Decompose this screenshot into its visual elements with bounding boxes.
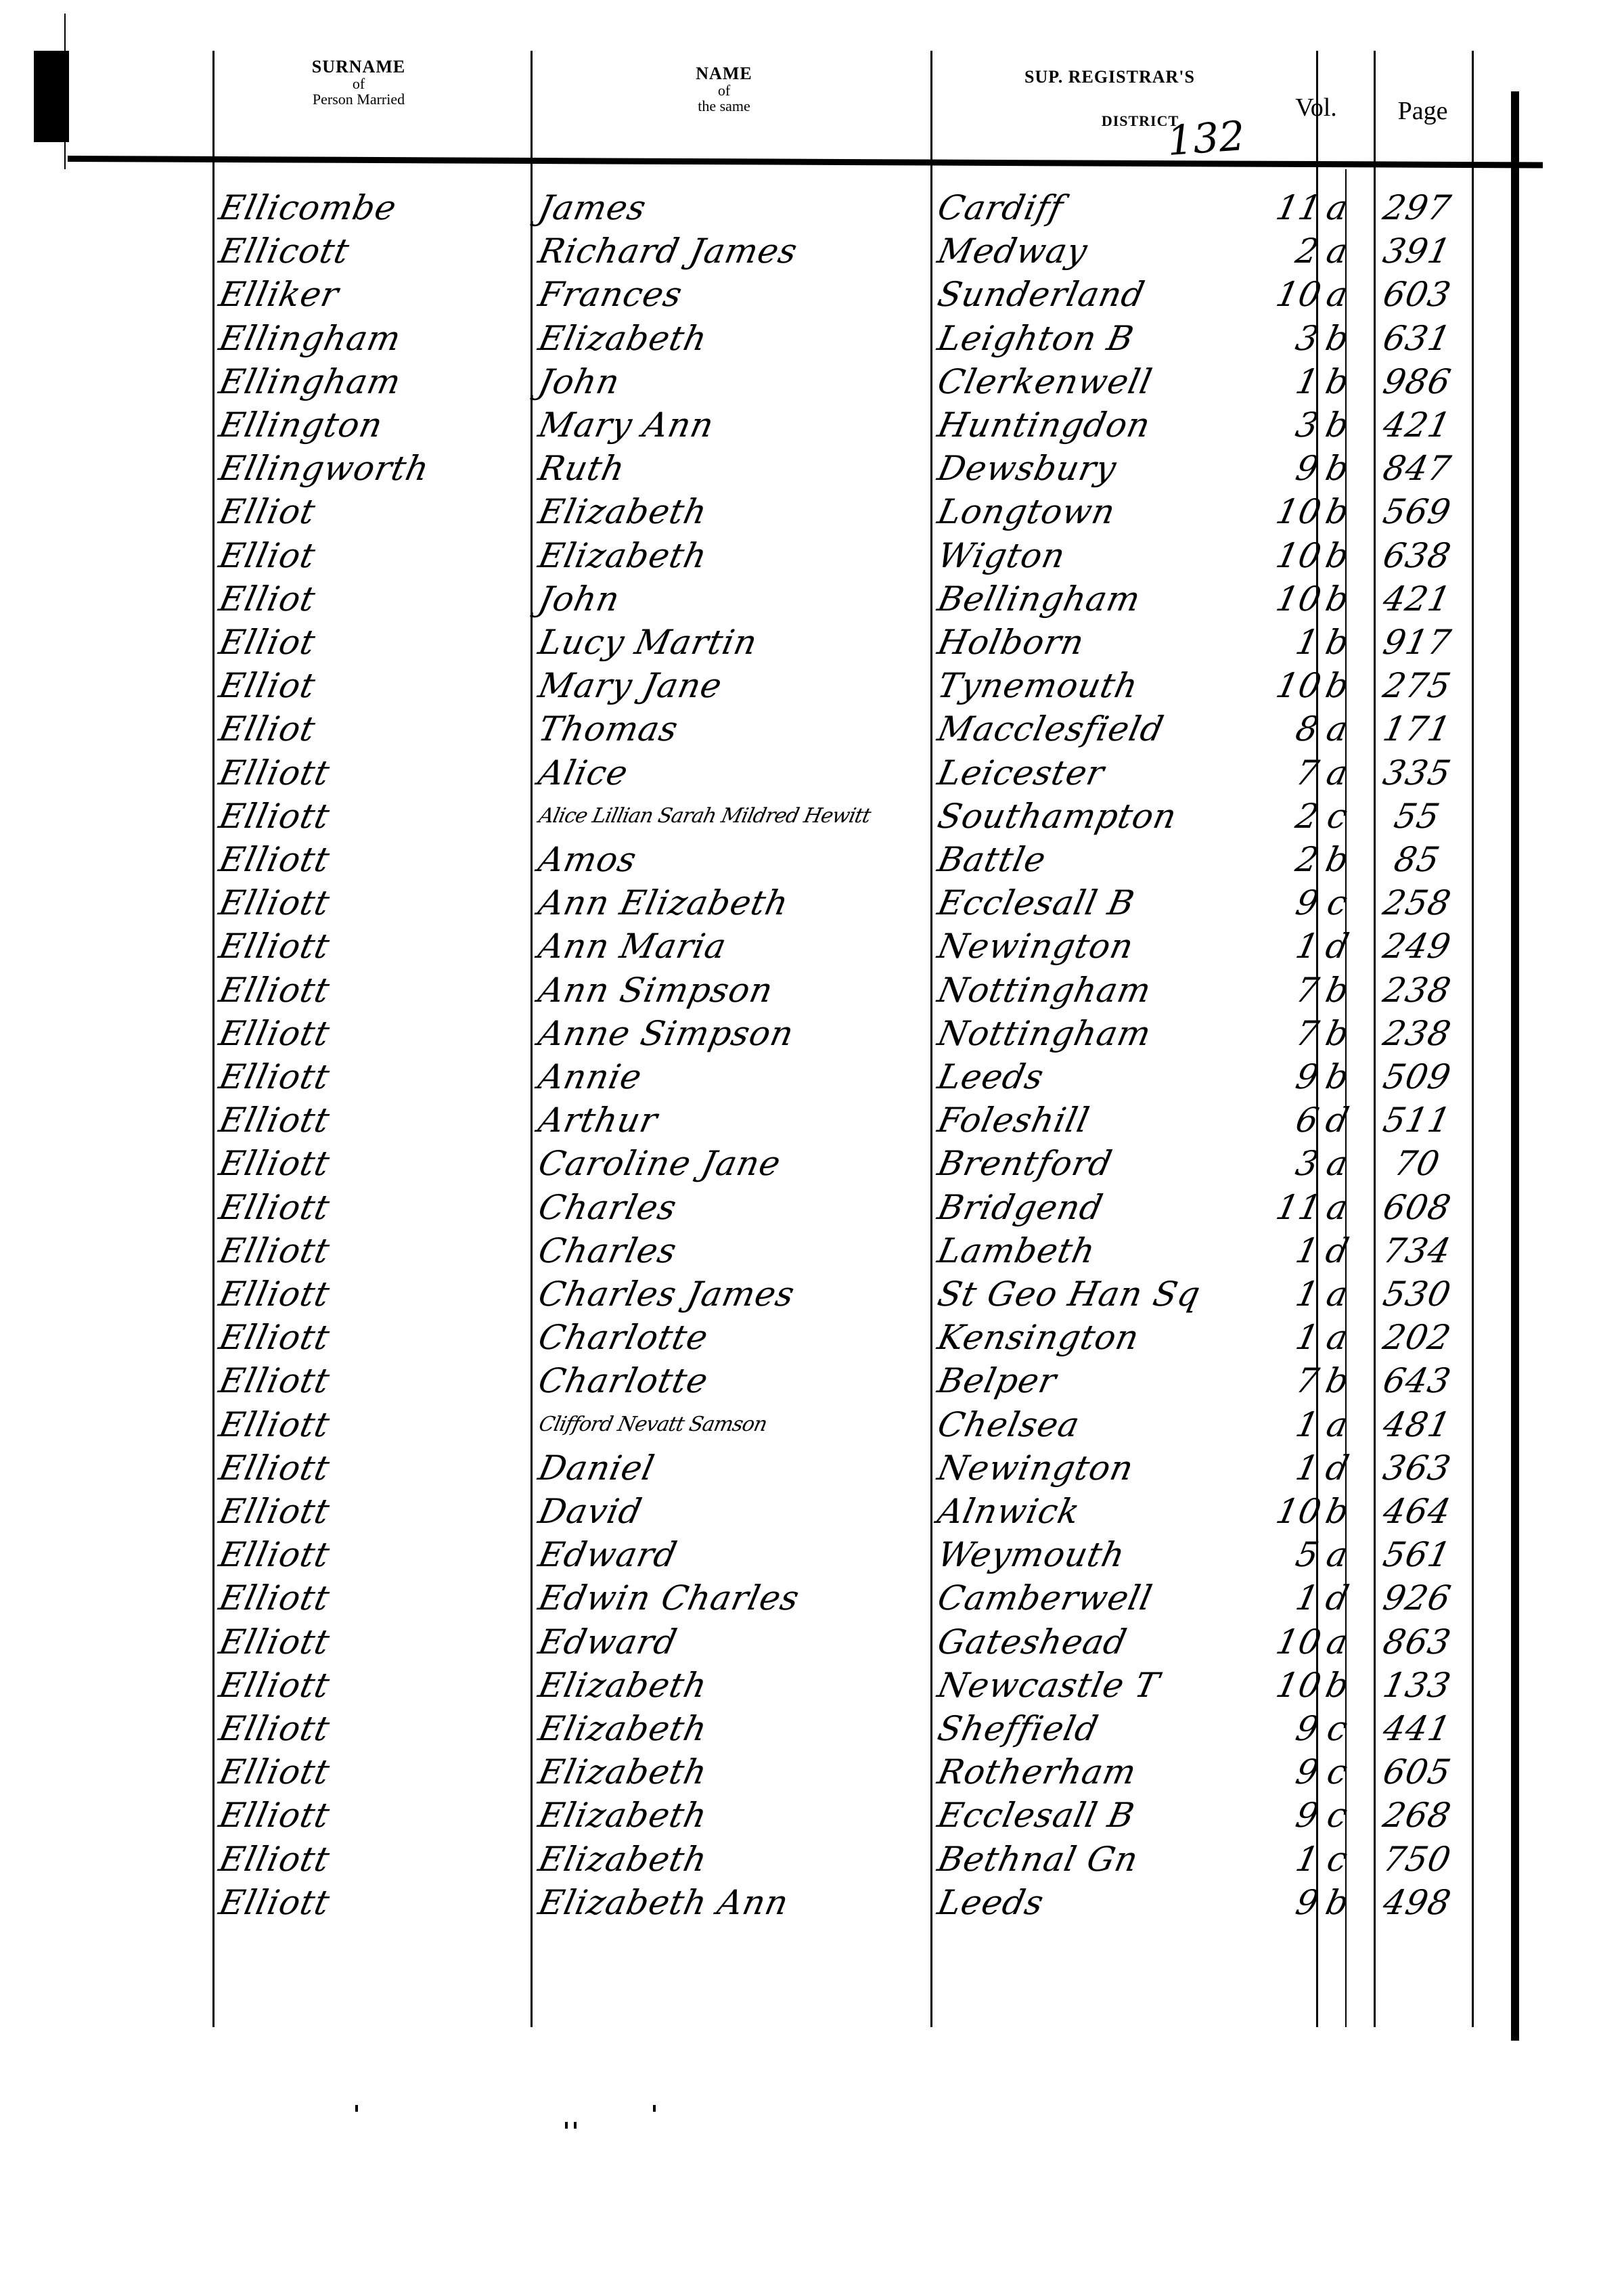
surname-cell: Elliot	[215, 621, 536, 664]
volume-letter-cell: c	[1319, 881, 1356, 925]
volume-cell: 1	[1272, 1229, 1324, 1272]
volume-cell: 11	[1272, 1186, 1324, 1229]
surname-cell: Elliott	[215, 1142, 536, 1185]
volume-cell: 2	[1272, 795, 1324, 838]
forename-cell: Richard James	[535, 229, 937, 273]
district-cell: Chelsea	[934, 1403, 1322, 1446]
page-cell: 509	[1353, 1055, 1481, 1099]
register-row: Elliott David Alnwick 10 b 464	[0, 1490, 1624, 1533]
page-cell: 464	[1353, 1490, 1481, 1533]
header-name-line2: of	[636, 83, 812, 98]
volume-letter-cell: b	[1319, 1359, 1356, 1402]
register-row: Elliott Daniel Newington 1 d 363	[0, 1446, 1624, 1490]
volume-letter-cell: a	[1319, 1316, 1356, 1359]
forename-cell: Lucy Martin	[535, 621, 937, 664]
register-row: Elliot Thomas Macclesfield 8 a 171	[0, 707, 1624, 751]
surname-cell: Ellingworth	[215, 447, 536, 490]
forename-cell: Thomas	[535, 707, 937, 751]
volume-cell: 1	[1272, 1272, 1324, 1316]
district-cell: Leicester	[934, 751, 1322, 795]
register-row: Ellicombe James Cardiff 11 a 297	[0, 186, 1624, 229]
district-cell: Lambeth	[934, 1229, 1322, 1272]
forename-cell: Elizabeth Ann	[535, 1881, 937, 1924]
surname-cell: Elliott	[215, 1012, 536, 1055]
surname-cell: Elliott	[215, 1446, 536, 1490]
district-cell: Bellingham	[934, 577, 1322, 621]
page-cell: 258	[1353, 881, 1481, 925]
volume-cell: 10	[1272, 490, 1324, 533]
register-row: Ellicott Richard James Medway 2 a 391	[0, 229, 1624, 273]
forename-cell: Mary Ann	[535, 403, 937, 447]
forename-cell: Elizabeth	[535, 1707, 937, 1750]
district-cell: St Geo Han Sq	[934, 1272, 1322, 1316]
page-cell: 421	[1353, 403, 1481, 447]
forename-cell: Elizabeth	[535, 1838, 937, 1881]
volume-letter-cell: b	[1319, 838, 1356, 881]
register-row: Ellingworth Ruth Dewsbury 9 b 847	[0, 447, 1624, 490]
page-cell: 603	[1353, 273, 1481, 316]
volume-cell: 7	[1272, 1012, 1324, 1055]
volume-cell: 3	[1272, 403, 1324, 447]
surname-cell: Elliott	[215, 1881, 536, 1924]
header-surname-line1: SURNAME	[257, 58, 460, 76]
forename-cell: Elizabeth	[535, 490, 937, 533]
register-row: Elliott Alice Leicester 7 a 335	[0, 751, 1624, 795]
volume-letter-cell: b	[1319, 360, 1356, 403]
district-cell: Huntingdon	[934, 403, 1322, 447]
volume-cell: 7	[1272, 751, 1324, 795]
ink-speck	[574, 2122, 577, 2129]
surname-cell: Ellingham	[215, 360, 536, 403]
register-row: Elliott Alice Lillian Sarah Mildred Hewi…	[0, 795, 1624, 838]
volume-letter-cell: b	[1319, 490, 1356, 533]
volume-cell: 8	[1272, 707, 1324, 751]
district-cell: Bridgend	[934, 1186, 1322, 1229]
surname-cell: Elliott	[215, 838, 536, 881]
ink-speck	[355, 2105, 358, 2112]
district-cell: Weymouth	[934, 1533, 1322, 1576]
district-cell: Ecclesall B	[934, 1794, 1322, 1837]
volume-cell: 9	[1272, 1055, 1324, 1099]
surname-cell: Ellicott	[215, 229, 536, 273]
forename-cell: Arthur	[535, 1099, 937, 1142]
page-cell: 847	[1353, 447, 1481, 490]
volume-cell: 1	[1272, 1403, 1324, 1446]
volume-cell: 9	[1272, 1750, 1324, 1794]
surname-cell: Elliot	[215, 577, 536, 621]
register-row: Elliott Arthur Foleshill 6 d 511	[0, 1099, 1624, 1142]
volume-cell: 1	[1272, 1446, 1324, 1490]
district-cell: Leeds	[934, 1881, 1322, 1924]
volume-letter-cell: c	[1319, 1794, 1356, 1837]
page-cell: 638	[1353, 534, 1481, 577]
volume-letter-cell: c	[1319, 1707, 1356, 1750]
district-cell: Holborn	[934, 621, 1322, 664]
volume-cell: 10	[1272, 1620, 1324, 1664]
forename-cell: Edward	[535, 1620, 937, 1664]
forename-cell: Daniel	[535, 1446, 937, 1490]
volume-letter-cell: d	[1319, 1099, 1356, 1142]
page-cell: 498	[1353, 1881, 1481, 1924]
forename-cell: David	[535, 1490, 937, 1533]
register-row: Elliott Ann Simpson Nottingham 7 b 238	[0, 969, 1624, 1012]
district-cell: Leighton B	[934, 317, 1322, 360]
forename-cell: Annie	[535, 1055, 937, 1099]
page-cell: 917	[1353, 621, 1481, 664]
register-row: Elliott Annie Leeds 9 b 509	[0, 1055, 1624, 1099]
surname-cell: Ellington	[215, 403, 536, 447]
header-name-line1: NAME	[636, 64, 812, 83]
page-cell: 133	[1353, 1664, 1481, 1707]
volume-letter-cell: a	[1319, 1272, 1356, 1316]
surname-cell: Elliott	[215, 1272, 536, 1316]
volume-letter-cell: b	[1319, 969, 1356, 1012]
page-cell: 631	[1353, 317, 1481, 360]
surname-cell: Elliott	[215, 1359, 536, 1402]
forename-cell: Anne Simpson	[535, 1012, 937, 1055]
volume-letter-cell: b	[1319, 1664, 1356, 1707]
volume-cell: 2	[1272, 838, 1324, 881]
page-cell: 926	[1353, 1576, 1481, 1620]
surname-cell: Elliott	[215, 1186, 536, 1229]
volume-letter-cell: a	[1319, 1186, 1356, 1229]
volume-cell: 10	[1272, 534, 1324, 577]
header-district-line1: SUP. REGISTRAR'S	[974, 68, 1245, 86]
register-row: Elliott Elizabeth Sheffield 9 c 441	[0, 1707, 1624, 1750]
volume-letter-cell: a	[1319, 751, 1356, 795]
forename-cell: Charles	[535, 1229, 937, 1272]
volume-letter-cell: b	[1319, 447, 1356, 490]
surname-cell: Elliott	[215, 925, 536, 968]
page-cell: 335	[1353, 751, 1481, 795]
forename-cell: Ruth	[535, 447, 937, 490]
register-row: Elliott Elizabeth Rotherham 9 c 605	[0, 1750, 1624, 1794]
register-row: Elliott Charles Bridgend 11 a 608	[0, 1186, 1624, 1229]
volume-letter-cell: a	[1319, 707, 1356, 751]
district-cell: Southampton	[934, 795, 1322, 838]
register-row: Ellington Mary Ann Huntingdon 3 b 421	[0, 403, 1624, 447]
surname-cell: Elliot	[215, 664, 536, 707]
district-cell: Newcastle T	[934, 1664, 1322, 1707]
volume-cell: 3	[1272, 317, 1324, 360]
register-row: Elliott Amos Battle 2 b 85	[0, 838, 1624, 881]
page-cell: 238	[1353, 1012, 1481, 1055]
page-cell: 561	[1353, 1533, 1481, 1576]
register-row: Elliott Charles James St Geo Han Sq 1 a …	[0, 1272, 1624, 1316]
forename-cell: Caroline Jane	[535, 1142, 937, 1185]
volume-letter-cell: a	[1319, 186, 1356, 229]
surname-cell: Elliott	[215, 1620, 536, 1664]
forename-cell: Clifford Nevatt Samson	[535, 1403, 937, 1446]
volume-cell: 1	[1272, 360, 1324, 403]
district-cell: Gateshead	[934, 1620, 1322, 1664]
volume-letter-cell: d	[1319, 1229, 1356, 1272]
register-row: Elliott Charlotte Belper 7 b 643	[0, 1359, 1624, 1402]
surname-cell: Elliott	[215, 1664, 536, 1707]
district-cell: Bethnal Gn	[934, 1838, 1322, 1881]
surname-cell: Elliott	[215, 1229, 536, 1272]
register-row: Ellingham Elizabeth Leighton B 3 b 631	[0, 317, 1624, 360]
district-cell: Newington	[934, 925, 1322, 968]
volume-cell: 9	[1272, 447, 1324, 490]
volume-cell: 7	[1272, 1359, 1324, 1402]
district-cell: Newington	[934, 1446, 1322, 1490]
page-cell: 605	[1353, 1750, 1481, 1794]
register-row: Elliot Elizabeth Longtown 10 b 569	[0, 490, 1624, 533]
volume-letter-cell: d	[1319, 1576, 1356, 1620]
header-surname: SURNAME of Person Married	[257, 58, 460, 107]
page-cell: 268	[1353, 1794, 1481, 1837]
district-cell: Leeds	[934, 1055, 1322, 1099]
register-page: SURNAME of Person Married NAME of the sa…	[0, 0, 1624, 2285]
forename-cell: Elizabeth	[535, 1794, 937, 1837]
forename-cell: Charlotte	[535, 1359, 937, 1402]
district-cell: Tynemouth	[934, 664, 1322, 707]
surname-cell: Elliott	[215, 1490, 536, 1533]
surname-cell: Elliott	[215, 1838, 536, 1881]
forename-cell: Charles	[535, 1186, 937, 1229]
volume-cell: 9	[1272, 1881, 1324, 1924]
register-row: Elliott Charlotte Kensington 1 a 202	[0, 1316, 1624, 1359]
volume-cell: 7	[1272, 969, 1324, 1012]
register-row: Elliott Elizabeth Newcastle T 10 b 133	[0, 1664, 1624, 1707]
volume-letter-cell: b	[1319, 1012, 1356, 1055]
surname-cell: Elliott	[215, 1403, 536, 1446]
volume-letter-cell: b	[1319, 577, 1356, 621]
volume-cell: 1	[1272, 1316, 1324, 1359]
volume-letter-cell: a	[1319, 1533, 1356, 1576]
volume-letter-cell: c	[1319, 1750, 1356, 1794]
volume-letter-cell: b	[1319, 534, 1356, 577]
register-row: Elliott Edwin Charles Camberwell 1 d 926	[0, 1576, 1624, 1620]
volume-cell: 10	[1272, 664, 1324, 707]
forename-cell: Charles James	[535, 1272, 937, 1316]
surname-cell: Elliott	[215, 751, 536, 795]
volume-cell: 2	[1272, 229, 1324, 273]
volume-letter-cell: a	[1319, 1403, 1356, 1446]
page-cell: 863	[1353, 1620, 1481, 1664]
volume-cell: 1	[1272, 1576, 1324, 1620]
volume-cell: 1	[1272, 925, 1324, 968]
register-row: Elliott Elizabeth Ann Leeds 9 b 498	[0, 1881, 1624, 1924]
page-cell: 70	[1353, 1142, 1481, 1185]
register-row: Elliot John Bellingham 10 b 421	[0, 577, 1624, 621]
forename-cell: Elizabeth	[535, 534, 937, 577]
page-cell: 441	[1353, 1707, 1481, 1750]
page-cell: 530	[1353, 1272, 1481, 1316]
district-cell: Macclesfield	[934, 707, 1322, 751]
surname-cell: Elliot	[215, 534, 536, 577]
forename-cell: Ann Simpson	[535, 969, 937, 1012]
rule-left-margin	[64, 14, 66, 169]
district-number: 132	[1166, 112, 1246, 165]
volume-letter-cell: d	[1319, 925, 1356, 968]
district-cell: Dewsbury	[934, 447, 1322, 490]
surname-cell: Elliott	[215, 795, 536, 838]
district-cell: Medway	[934, 229, 1322, 273]
volume-letter-cell: b	[1319, 1490, 1356, 1533]
page-cell: 249	[1353, 925, 1481, 968]
register-row: Elliot Mary Jane Tynemouth 10 b 275	[0, 664, 1624, 707]
page-cell: 481	[1353, 1403, 1481, 1446]
register-row: Elliott Charles Lambeth 1 d 734	[0, 1229, 1624, 1272]
surname-cell: Ellingham	[215, 317, 536, 360]
surname-cell: Elliker	[215, 273, 536, 316]
district-cell: Belper	[934, 1359, 1322, 1402]
page-cell: 171	[1353, 707, 1481, 751]
district-cell: Wigton	[934, 534, 1322, 577]
district-cell: Foleshill	[934, 1099, 1322, 1142]
surname-cell: Elliott	[215, 1794, 536, 1837]
volume-letter-cell: b	[1319, 403, 1356, 447]
register-row: Elliott Ann Elizabeth Ecclesall B 9 c 25…	[0, 881, 1624, 925]
register-row: Elliker Frances Sunderland 10 a 603	[0, 273, 1624, 316]
page-cell: 608	[1353, 1186, 1481, 1229]
page-cell: 202	[1353, 1316, 1481, 1359]
forename-cell: Elizabeth	[535, 1664, 937, 1707]
register-row: Elliot Elizabeth Wigton 10 b 638	[0, 534, 1624, 577]
volume-letter-cell: b	[1319, 1881, 1356, 1924]
page-cell: 986	[1353, 360, 1481, 403]
header-name: NAME of the same	[636, 64, 812, 114]
surname-cell: Elliot	[215, 707, 536, 751]
volume-cell: 10	[1272, 1490, 1324, 1533]
volume-cell: 1	[1272, 1838, 1324, 1881]
forename-cell: Elizabeth	[535, 1750, 937, 1794]
volume-letter-cell: d	[1319, 1446, 1356, 1490]
header-rule	[68, 156, 1543, 169]
surname-cell: Elliott	[215, 969, 536, 1012]
volume-letter-cell: b	[1319, 317, 1356, 360]
volume-letter-cell: b	[1319, 664, 1356, 707]
volume-letter-cell: b	[1319, 621, 1356, 664]
forename-cell: Edward	[535, 1533, 937, 1576]
surname-cell: Elliott	[215, 1533, 536, 1576]
volume-letter-cell: a	[1319, 229, 1356, 273]
register-row: Elliott Clifford Nevatt Samson Chelsea 1…	[0, 1403, 1624, 1446]
header-page: Page	[1377, 98, 1468, 125]
surname-cell: Elliott	[215, 1576, 536, 1620]
page-cell: 275	[1353, 664, 1481, 707]
volume-cell: 1	[1272, 621, 1324, 664]
volume-letter-cell: a	[1319, 1142, 1356, 1185]
forename-cell: John	[535, 577, 937, 621]
page-cell: 643	[1353, 1359, 1481, 1402]
district-cell: Rotherham	[934, 1750, 1322, 1794]
forename-cell: Amos	[535, 838, 937, 881]
header-surname-line3: Person Married	[257, 91, 460, 107]
district-cell: Longtown	[934, 490, 1322, 533]
page-cell: 391	[1353, 229, 1481, 273]
volume-cell: 6	[1272, 1099, 1324, 1142]
surname-cell: Elliot	[215, 490, 536, 533]
district-cell: Nottingham	[934, 969, 1322, 1012]
district-cell: Brentford	[934, 1142, 1322, 1185]
forename-cell: Elizabeth	[535, 317, 937, 360]
forename-cell: John	[535, 360, 937, 403]
surname-cell: Elliott	[215, 1055, 536, 1099]
register-row: Elliott Anne Simpson Nottingham 7 b 238	[0, 1012, 1624, 1055]
header-name-line3: the same	[636, 98, 812, 114]
page-cell: 750	[1353, 1838, 1481, 1881]
district-cell: Nottingham	[934, 1012, 1322, 1055]
page-cell: 363	[1353, 1446, 1481, 1490]
register-row: Elliott Elizabeth Bethnal Gn 1 c 750	[0, 1838, 1624, 1881]
surname-cell: Ellicombe	[215, 186, 536, 229]
district-cell: Kensington	[934, 1316, 1322, 1359]
district-cell: Alnwick	[934, 1490, 1322, 1533]
forename-cell: Ann Maria	[535, 925, 937, 968]
page-cell: 734	[1353, 1229, 1481, 1272]
header-surname-line2: of	[257, 76, 460, 91]
surname-cell: Elliott	[215, 881, 536, 925]
forename-cell: James	[535, 186, 937, 229]
page-cell: 297	[1353, 186, 1481, 229]
volume-cell: 5	[1272, 1533, 1324, 1576]
page-cell: 85	[1353, 838, 1481, 881]
volume-cell: 3	[1272, 1142, 1324, 1185]
volume-cell: 10	[1272, 577, 1324, 621]
volume-cell: 9	[1272, 1707, 1324, 1750]
register-row: Elliott Edward Gateshead 10 a 863	[0, 1620, 1624, 1664]
volume-cell: 10	[1272, 273, 1324, 316]
page-cell: 55	[1353, 795, 1481, 838]
district-cell: Cardiff	[934, 186, 1322, 229]
forename-cell: Ann Elizabeth	[535, 881, 937, 925]
district-cell: Sheffield	[934, 1707, 1322, 1750]
volume-cell: 11	[1272, 186, 1324, 229]
page-cell: 238	[1353, 969, 1481, 1012]
register-row: Elliott Ann Maria Newington 1 d 249	[0, 925, 1624, 968]
volume-cell: 10	[1272, 1664, 1324, 1707]
register-row: Elliott Caroline Jane Brentford 3 a 70	[0, 1142, 1624, 1185]
forename-cell: Alice Lillian Sarah Mildred Hewitt	[535, 795, 937, 838]
volume-letter-cell: a	[1319, 273, 1356, 316]
forename-cell: Charlotte	[535, 1316, 937, 1359]
volume-cell: 9	[1272, 1794, 1324, 1837]
volume-letter-cell: b	[1319, 1055, 1356, 1099]
page-cell: 569	[1353, 490, 1481, 533]
district-cell: Sunderland	[934, 273, 1322, 316]
register-row: Elliot Lucy Martin Holborn 1 b 917	[0, 621, 1624, 664]
forename-cell: Edwin Charles	[535, 1576, 937, 1620]
ink-speck	[653, 2105, 656, 2112]
header-vol: Vol.	[1286, 95, 1347, 122]
district-cell: Clerkenwell	[934, 360, 1322, 403]
register-row: Ellingham John Clerkenwell 1 b 986	[0, 360, 1624, 403]
volume-letter-cell: a	[1319, 1620, 1356, 1664]
page-cell: 421	[1353, 577, 1481, 621]
volume-letter-cell: c	[1319, 1838, 1356, 1881]
forename-cell: Mary Jane	[535, 664, 937, 707]
register-row: Elliott Elizabeth Ecclesall B 9 c 268	[0, 1794, 1624, 1837]
surname-cell: Elliott	[215, 1707, 536, 1750]
surname-cell: Elliott	[215, 1099, 536, 1142]
district-cell: Battle	[934, 838, 1322, 881]
forename-cell: Alice	[535, 751, 937, 795]
forename-cell: Frances	[535, 273, 937, 316]
district-cell: Ecclesall B	[934, 881, 1322, 925]
surname-cell: Elliott	[215, 1316, 536, 1359]
volume-letter-cell: c	[1319, 795, 1356, 838]
surname-cell: Elliott	[215, 1750, 536, 1794]
district-cell: Camberwell	[934, 1576, 1322, 1620]
register-row: Elliott Edward Weymouth 5 a 561	[0, 1533, 1624, 1576]
ink-speck	[565, 2122, 568, 2129]
volume-cell: 9	[1272, 881, 1324, 925]
page-cell: 511	[1353, 1099, 1481, 1142]
